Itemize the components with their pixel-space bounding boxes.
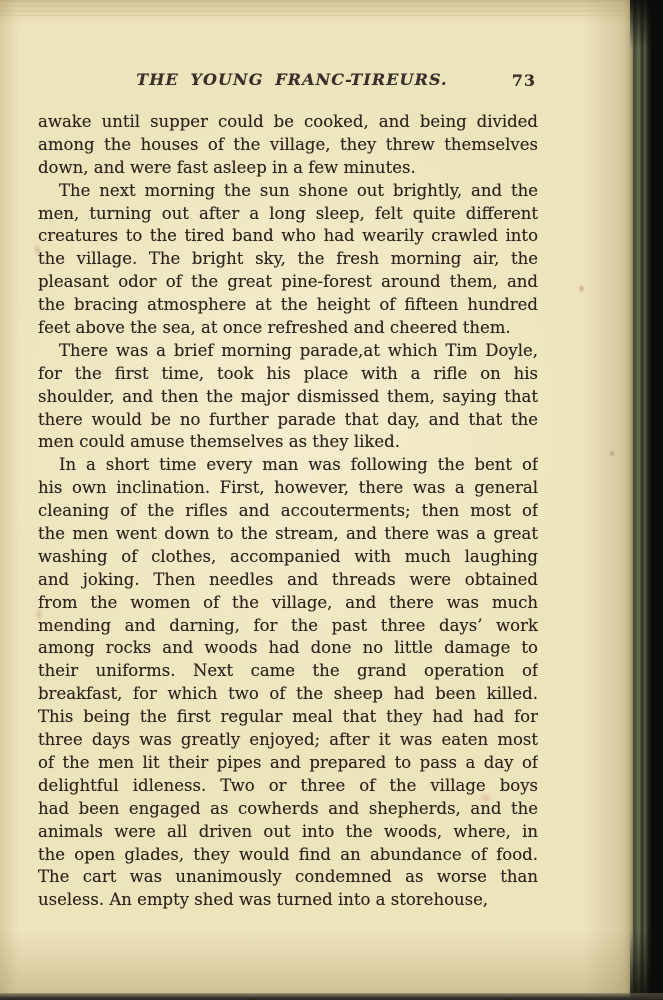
text-line: the open glades, they would find an abun…: [38, 844, 538, 867]
text-line: mending and darning, for the past three …: [38, 615, 538, 638]
page-text: awake until supper could be cooked, and …: [38, 111, 538, 912]
text-line: there would be no further parade that da…: [38, 409, 538, 432]
text-line: useless. An empty shed was turned into a…: [38, 889, 538, 912]
text-line: and joking. Then needles and threads wer…: [38, 569, 538, 592]
text-line: breakfast, for which two of the sheep ha…: [38, 683, 538, 706]
text-line: The next morning the sun shone out brigh…: [38, 180, 538, 203]
text-line: men, turning out after a long sleep, fel…: [38, 203, 538, 226]
text-line: the men went down to the stream, and the…: [38, 523, 538, 546]
text-line: of the men lit their pipes and prepared …: [38, 752, 538, 775]
text-line: from the women of the village, and there…: [38, 592, 538, 615]
text-line: three days was greatly enjoyed; after it…: [38, 729, 538, 752]
text-line: shoulder, and then the major dismissed t…: [38, 386, 538, 409]
text-line: among rocks and woods had done no little…: [38, 637, 538, 660]
text-line: The cart was unanimously condemned as wo…: [38, 866, 538, 889]
text-line: delightful idleness. Two or three of the…: [38, 775, 538, 798]
text-line: awake until supper could be cooked, and …: [38, 111, 538, 134]
text-line: This being the first regular meal that t…: [38, 706, 538, 729]
running-title: THE YOUNG FRANC-TIREURS.: [38, 70, 538, 89]
book-scan: THE YOUNG FRANC-TIREURS. 73 awake until …: [0, 0, 663, 1000]
running-header: THE YOUNG FRANC-TIREURS. 73: [38, 70, 538, 94]
text-line: cleaning of the rifles and accouterments…: [38, 500, 538, 523]
text-line: down, and were fast asleep in a few minu…: [38, 157, 538, 180]
text-line: men could amuse themselves as they liked…: [38, 431, 538, 454]
text-line: had been engaged as cowherds and shepher…: [38, 798, 538, 821]
book-page: THE YOUNG FRANC-TIREURS. 73 awake until …: [0, 0, 633, 1000]
text-line: for the first time, took his place with …: [38, 363, 538, 386]
text-line: creatures to the tired band who had wear…: [38, 225, 538, 248]
foxing-spot: [578, 284, 585, 293]
book-fore-edge: [630, 0, 652, 1000]
text-line: the village. The bright sky, the fresh m…: [38, 248, 538, 271]
foxing-spot: [609, 450, 615, 457]
scan-streaks: [0, 0, 633, 16]
page-number: 73: [512, 71, 536, 90]
text-line: their uniforms. Next came the grand oper…: [38, 660, 538, 683]
text-line: the bracing atmosphere at the height of …: [38, 294, 538, 317]
text-line: his own inclination. First, however, the…: [38, 477, 538, 500]
text-line: animals were all driven out into the woo…: [38, 821, 538, 844]
text-line: among the houses of the village, they th…: [38, 134, 538, 157]
text-line: There was a brief morning parade,at whic…: [38, 340, 538, 363]
text-line: In a short time every man was following …: [38, 454, 538, 477]
text-line: pleasant odor of the great pine-forest a…: [38, 271, 538, 294]
scan-bottom-edge: [0, 993, 663, 1000]
text-line: feet above the sea, at once refreshed an…: [38, 317, 538, 340]
text-line: washing of clothes, accompanied with muc…: [38, 546, 538, 569]
